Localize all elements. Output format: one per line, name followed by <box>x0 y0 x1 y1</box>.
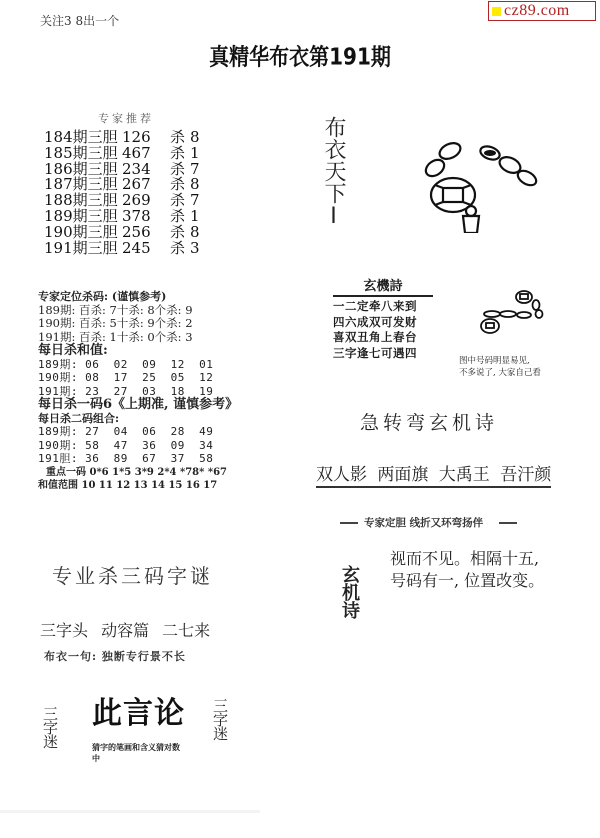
daily-kill-two-heading: 每日杀二码组合: <box>38 412 238 426</box>
yellow-square-icon <box>492 7 501 16</box>
daily-kill-two-row: 190期: 58 47 36 09 34 <box>38 439 238 453</box>
sanma-table-heading: 专家推荐 <box>98 110 154 126</box>
xuanji-poem-line: 三字逢七可遇四 <box>333 346 433 362</box>
watermark-badge[interactable]: cz89.com <box>488 1 596 21</box>
zimi-left-vertical: 三字迷 <box>42 706 57 748</box>
daily-kill-two-row: 191胆: 36 89 67 37 58 <box>38 452 238 466</box>
xuanji-poem-box: 玄機詩 一二定牵八来到 四六成双可发财 喜双丑角上春台 三字逢七可遇四 <box>333 275 433 361</box>
follow-note: 关注3 8出一个 <box>40 12 119 29</box>
xuanji-poem-heading: 玄機詩 <box>333 275 433 297</box>
daily-sum-kill-heading: 每日杀和值: <box>38 344 238 358</box>
key-one-code: 重点一码 0*6 1*5 3*9 2*4 *78* *67 <box>38 466 238 480</box>
daily-kill-one: 每日杀一码6《上期准, 谨慎参考》 <box>38 398 238 412</box>
buyi-sentence: 布衣一句: 独断专行景不长 <box>44 648 186 664</box>
xuanji-lines: 视而不见。相隔十五, 号码有一, 位置改变。 <box>390 548 544 592</box>
coin-note: 图中号码明显易见, 不多说了, 大家自己看 <box>459 355 541 379</box>
zimi-center-phrase: 此言论 <box>92 688 185 732</box>
shuangren-line: 双人影 两面旗 大禹王 吾汗颜 <box>316 460 551 488</box>
page-title: 真精华布衣第191期 <box>0 38 600 71</box>
daily-sum-row: 190期: 08 17 25 05 12 <box>38 371 238 385</box>
daily-sum-row: 191期: 23 27 03 18 19 <box>38 385 238 399</box>
xuanji-poem-line: 喜双丑角上春台 <box>333 330 433 346</box>
nums-cell: 245 <box>122 241 170 257</box>
dash-divider <box>499 522 517 524</box>
daily-kill-two-row: 189期: 27 04 06 28 49 <box>38 425 238 439</box>
small-coins-drawing-icon <box>480 288 555 338</box>
daily-sum-row: 189期: 06 02 09 12 01 <box>38 358 238 372</box>
sum-range: 和值范围 10 11 12 13 14 15 16 17 <box>38 479 238 493</box>
expert-dan-line: 专家定胆 线折又环弯扬伴 <box>340 515 517 530</box>
position-kill-row: 190期: 百杀: 5十杀: 9个杀: 2 <box>38 317 238 331</box>
zimi-center-note: 猜字的笔画和含义猜对数中 <box>92 742 182 764</box>
dash-divider <box>340 522 358 524</box>
xuanji-vertical: 玄机诗 <box>335 565 363 619</box>
zimi-line: 三字头 动容篇 二七来 <box>40 618 210 641</box>
buyi-tianxia-vertical: 布衣天下I <box>320 116 346 229</box>
position-kill-heading: 专家定位杀码: (谨慎参考) <box>38 290 238 304</box>
kill-cell: 3 <box>190 241 210 257</box>
coin-note-line: 不多说了, 大家自己看 <box>459 367 541 379</box>
kill-label: 杀 <box>170 241 190 257</box>
coins-drawing-icon <box>415 133 545 233</box>
xuanji-poem-line: 一二定牵八来到 <box>333 299 433 315</box>
jizhuanwan-title: 急转弯玄机诗 <box>360 408 600 435</box>
watermark-text: cz89.com <box>504 2 570 20</box>
xuanji-line: 视而不见。相隔十五, <box>390 548 544 570</box>
issue-cell: 191期三胆 <box>44 241 122 257</box>
expert-dan-text: 专家定胆 线折又环弯扬伴 <box>364 515 483 530</box>
zimi-title: 专业杀三码字谜 <box>52 560 213 589</box>
position-kill-row: 191期: 百杀: 1十杀: 0个杀: 3 <box>38 331 238 345</box>
expert-kill-section: 专家定位杀码: (谨慎参考) 189期: 百杀: 7十杀: 8个杀: 9 190… <box>38 290 238 493</box>
sanma-table: 184期三胆126杀8 185期三胆467杀1 186期三胆234杀7 187期… <box>44 130 210 256</box>
xuanji-poem-line: 四六成双可发财 <box>333 315 433 331</box>
table-row: 191期三胆245杀3 <box>44 241 210 257</box>
position-kill-row: 189期: 百杀: 7十杀: 8个杀: 9 <box>38 304 238 318</box>
xuanji-line: 号码有一, 位置改变。 <box>390 570 544 592</box>
zimi-right-vertical: 三字迷 <box>212 698 227 740</box>
coin-note-line: 图中号码明显易见, <box>459 355 541 367</box>
bottom-smudge <box>0 810 260 813</box>
